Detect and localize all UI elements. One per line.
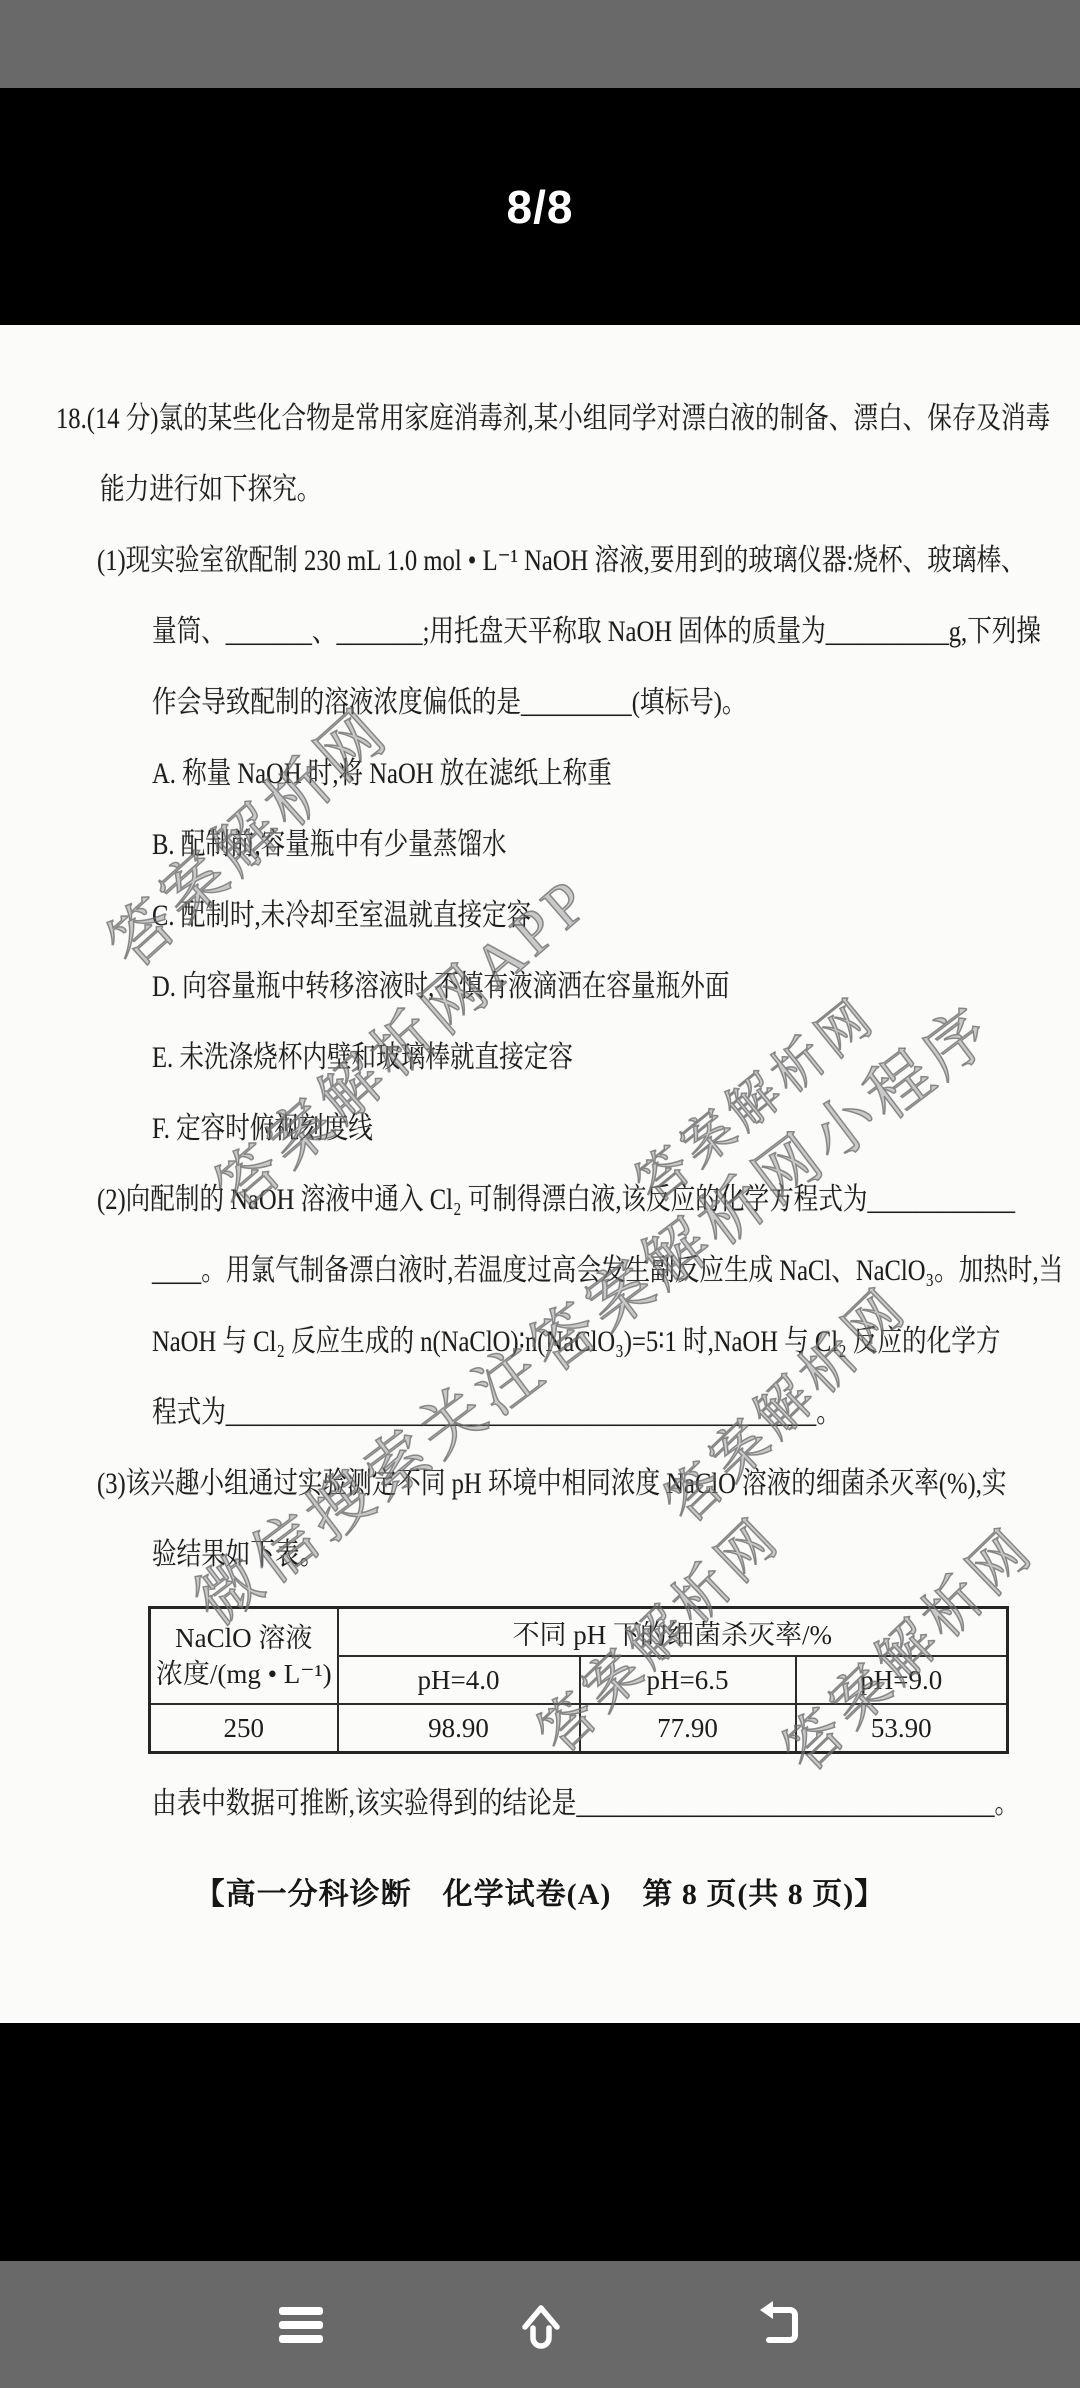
menu-button[interactable] — [231, 2261, 371, 2388]
table-corner-cell: NaClO 溶液 浓度/(mg • L⁻¹) — [150, 1608, 338, 1705]
doc-line: ____。用氯气制备漂白液时,若温度过高会发生副反应生成 NaCl、NaClO₃… — [0, 1235, 1080, 1306]
page-indicator: 8/8 — [507, 180, 574, 234]
doc-line: 能力进行如下探究。 — [0, 454, 1080, 525]
kill-rate-ph65: 77.90 — [580, 1704, 796, 1753]
results-table: NaClO 溶液 浓度/(mg • L⁻¹) 不同 pH 下的细菌杀灭率/% p… — [148, 1606, 1009, 1754]
option-a: A. 称量 NaOH 时,将 NaOH 放在滤纸上称重 — [0, 738, 1080, 809]
option-c: C. 配制时,未冷却至室温就直接定容 — [0, 880, 1080, 951]
option-e: E. 未洗涤烧杯内壁和玻璃棒就直接定容 — [0, 1022, 1080, 1093]
corner-label-line2: 浓度/(mg • L⁻¹) — [151, 1656, 337, 1692]
ph-header-cell: pH=6.5 — [580, 1656, 796, 1704]
screen-root: { "viewer": { "page_indicator": "8/8", "… — [0, 0, 1080, 2388]
doc-line: NaOH 与 Cl₂ 反应生成的 n(NaClO)∶n(NaClO₃)=5∶1 … — [0, 1306, 1080, 1377]
status-bar — [0, 0, 1080, 88]
doc-line: (3)该兴趣小组通过实验测定不同 pH 环境中相同浓度 NaClO 溶液的细菌杀… — [0, 1448, 1080, 1519]
doc-line-with-blank: 作会导致配制的溶液浓度偏低的是_________(填标号)。 — [0, 667, 1080, 738]
home-icon — [513, 2297, 569, 2353]
android-nav-bar — [0, 2261, 1080, 2388]
ph-header-cell: pH=9.0 — [796, 1656, 1008, 1704]
conclusion-line: 由表中数据可推断,该实验得到的结论是______________________… — [0, 1768, 1080, 1839]
ph-header-cell: pH=4.0 — [338, 1656, 580, 1704]
option-b: B. 配制前,容量瓶中有少量蒸馏水 — [0, 809, 1080, 880]
option-d: D. 向容量瓶中转移溶液时,不慎有液滴洒在容量瓶外面 — [0, 951, 1080, 1022]
corner-label-line1: NaClO 溶液 — [151, 1620, 337, 1656]
doc-line: 验结果如下表。 — [0, 1519, 1080, 1590]
home-button[interactable] — [471, 2261, 611, 2388]
back-icon — [752, 2297, 808, 2353]
doc-line: (2)向配制的 NaOH 溶液中通入 Cl₂ 可制得漂白液,该反应的化学方程式为… — [0, 1164, 1080, 1235]
table-data-row: 250 98.90 77.90 53.90 — [150, 1704, 1008, 1753]
doc-line-with-blank: 量筒、_______、_______;用托盘天平称取 NaOH 固体的质量为__… — [0, 596, 1080, 667]
menu-icon — [274, 2298, 328, 2352]
kill-rate-ph9: 53.90 — [796, 1704, 1008, 1753]
concentration-value: 250 — [150, 1704, 338, 1753]
kill-rate-ph4: 98.90 — [338, 1704, 580, 1753]
doc-line-with-blank: 程式为_____________________________________… — [0, 1377, 1080, 1448]
back-button[interactable] — [710, 2261, 850, 2388]
doc-line: (1)现实验室欲配制 230 mL 1.0 mol • L⁻¹ NaOH 溶液,… — [0, 525, 1080, 596]
doc-line: 18.(14 分)氯的某些化合物是常用家庭消毒剂,某小组同学对漂白液的制备、漂白… — [0, 383, 1080, 454]
document-page-viewport[interactable]: 答案解析网 答案解析网APP 答案解析网 微信搜索关注答案解析网小程序 答案解析… — [0, 325, 1080, 2023]
option-f: F. 定容时俯视刻度线 — [0, 1093, 1080, 1164]
viewer-bottom-gap — [0, 2023, 1080, 2261]
viewer-header: 8/8 — [0, 88, 1080, 325]
paper-footer: 【高一分科诊断 化学试卷(A) 第 8 页(共 8 页)】 — [0, 1869, 1080, 1913]
span-header-cell: 不同 pH 下的细菌杀灭率/% — [338, 1608, 1008, 1657]
table-header-row-1: NaClO 溶液 浓度/(mg • L⁻¹) 不同 pH 下的细菌杀灭率/% — [150, 1608, 1008, 1657]
question-18-block: 18.(14 分)氯的某些化合物是常用家庭消毒剂,某小组同学对漂白液的制备、漂白… — [0, 383, 1080, 1913]
